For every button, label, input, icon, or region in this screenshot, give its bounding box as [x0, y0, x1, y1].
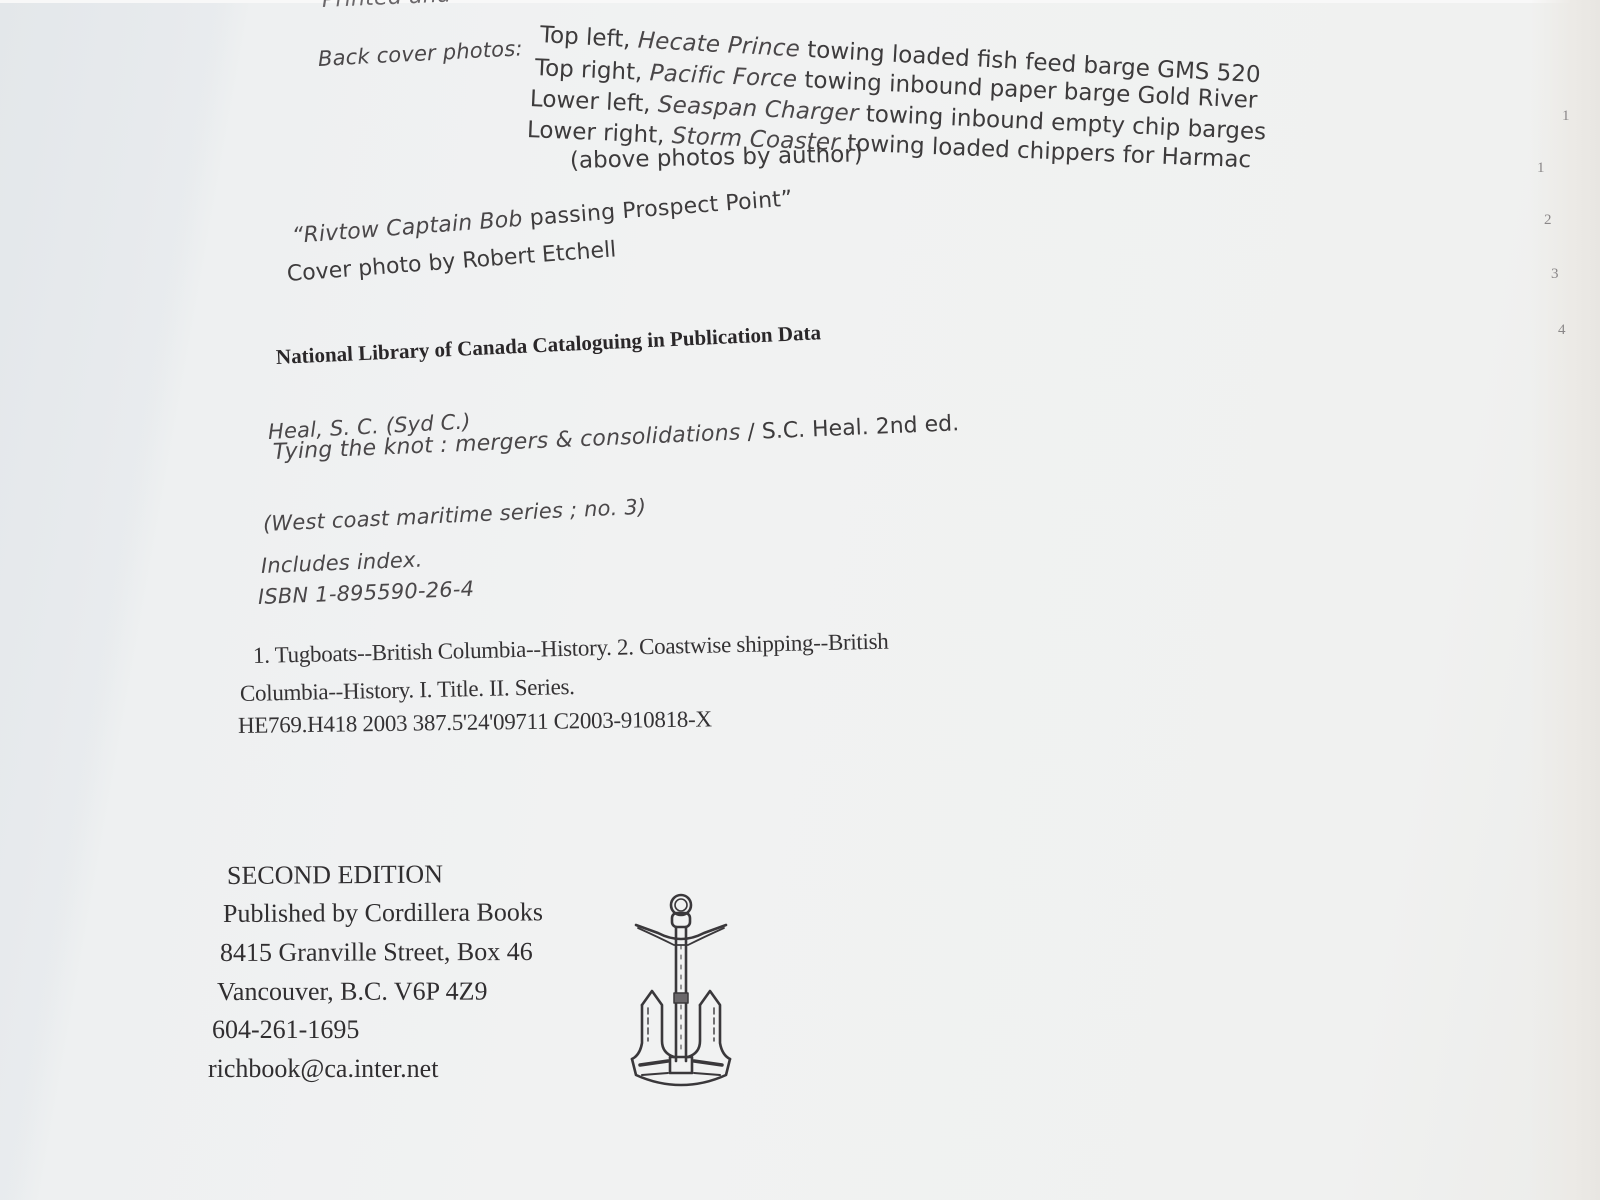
- publisher-street: 8415 Granville Street, Box 46: [220, 937, 533, 968]
- publisher-city: Vancouver, B.C. V6P 4Z9: [217, 977, 488, 1007]
- facing-page-number: 1: [1562, 108, 1570, 125]
- facing-page-number: 4: [1558, 322, 1566, 339]
- facing-page-number: 3: [1551, 266, 1559, 283]
- facing-page-number: 2: [1544, 212, 1552, 229]
- publisher-name: Published by Cordillera Books: [223, 897, 543, 929]
- line-prefix: Top right,: [534, 55, 650, 86]
- publisher-email: richbook@ca.inter.net: [208, 1054, 438, 1084]
- line-prefix: Top left,: [539, 22, 638, 53]
- facing-page-edge: [1530, 0, 1600, 1200]
- page-top-edge: [0, 0, 1600, 3]
- anchor-icon: [628, 893, 753, 1088]
- facing-page-number: 1: [1537, 160, 1545, 177]
- edition-label: SECOND EDITION: [227, 859, 443, 891]
- publisher-phone: 604-261-1695: [212, 1015, 359, 1045]
